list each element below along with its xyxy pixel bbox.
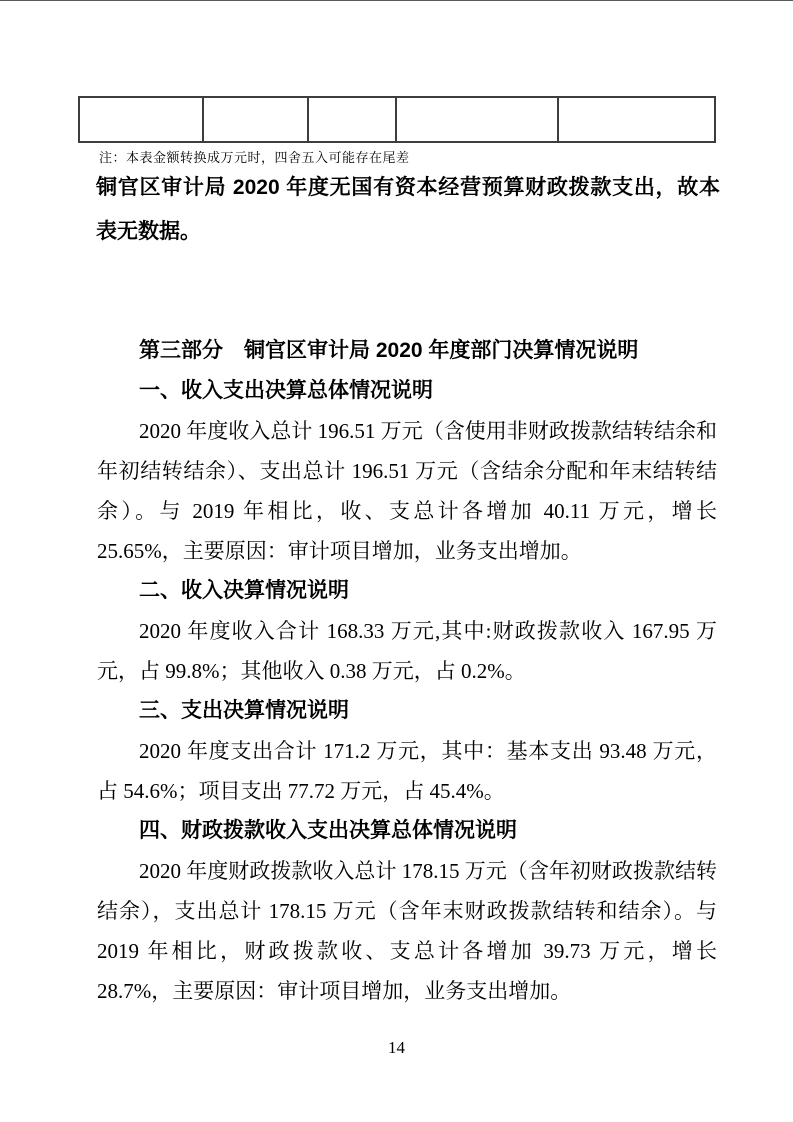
table-cell <box>397 98 559 141</box>
section-3-heading: 三、支出决算情况说明 <box>97 691 717 731</box>
page-number: 14 <box>0 1038 793 1058</box>
empty-summary-table <box>78 96 716 143</box>
section-4-heading: 四、财政拨款收入支出决算总体情况说明 <box>97 811 717 851</box>
document-page: 注：本表金额转换成万元时，四舍五入可能存在尾差 铜官区审计局 2020 年度无国… <box>0 0 793 1122</box>
section-1-body: 2020 年度收入总计 196.51 万元（含使用非财政拨款结转结余和年初结转结… <box>97 411 717 571</box>
part3-title: 第三部分 铜官区审计局 2020 年度部门决算情况说明 <box>97 331 717 371</box>
no-data-statement: 铜官区审计局 2020 年度无国有资本经营预算财政拨款支出，故本表无数据。 <box>96 166 720 254</box>
table-rounding-note: 注：本表金额转换成万元时，四舍五入可能存在尾差 <box>99 147 410 166</box>
section-2-heading: 二、收入决算情况说明 <box>97 571 717 611</box>
section-2-body: 2020 年度收入合计 168.33 万元,其中:财政拨款收入 167.95 万… <box>97 611 717 691</box>
page-top-edge-line <box>0 0 793 1</box>
section-3-body: 2020 年度支出合计 171.2 万元，其中：基本支出 93.48 万元，占 … <box>97 731 717 811</box>
table-cell <box>309 98 397 141</box>
section-4-body: 2020 年度财政拨款收入总计 178.15 万元（含年初财政拨款结转结余），支… <box>97 851 717 1011</box>
part3-content: 第三部分 铜官区审计局 2020 年度部门决算情况说明 一、收入支出决算总体情况… <box>97 331 717 1011</box>
table-cell <box>559 98 714 141</box>
table-cell <box>80 98 204 141</box>
section-1-heading: 一、收入支出决算总体情况说明 <box>97 371 717 411</box>
table-cell <box>204 98 309 141</box>
